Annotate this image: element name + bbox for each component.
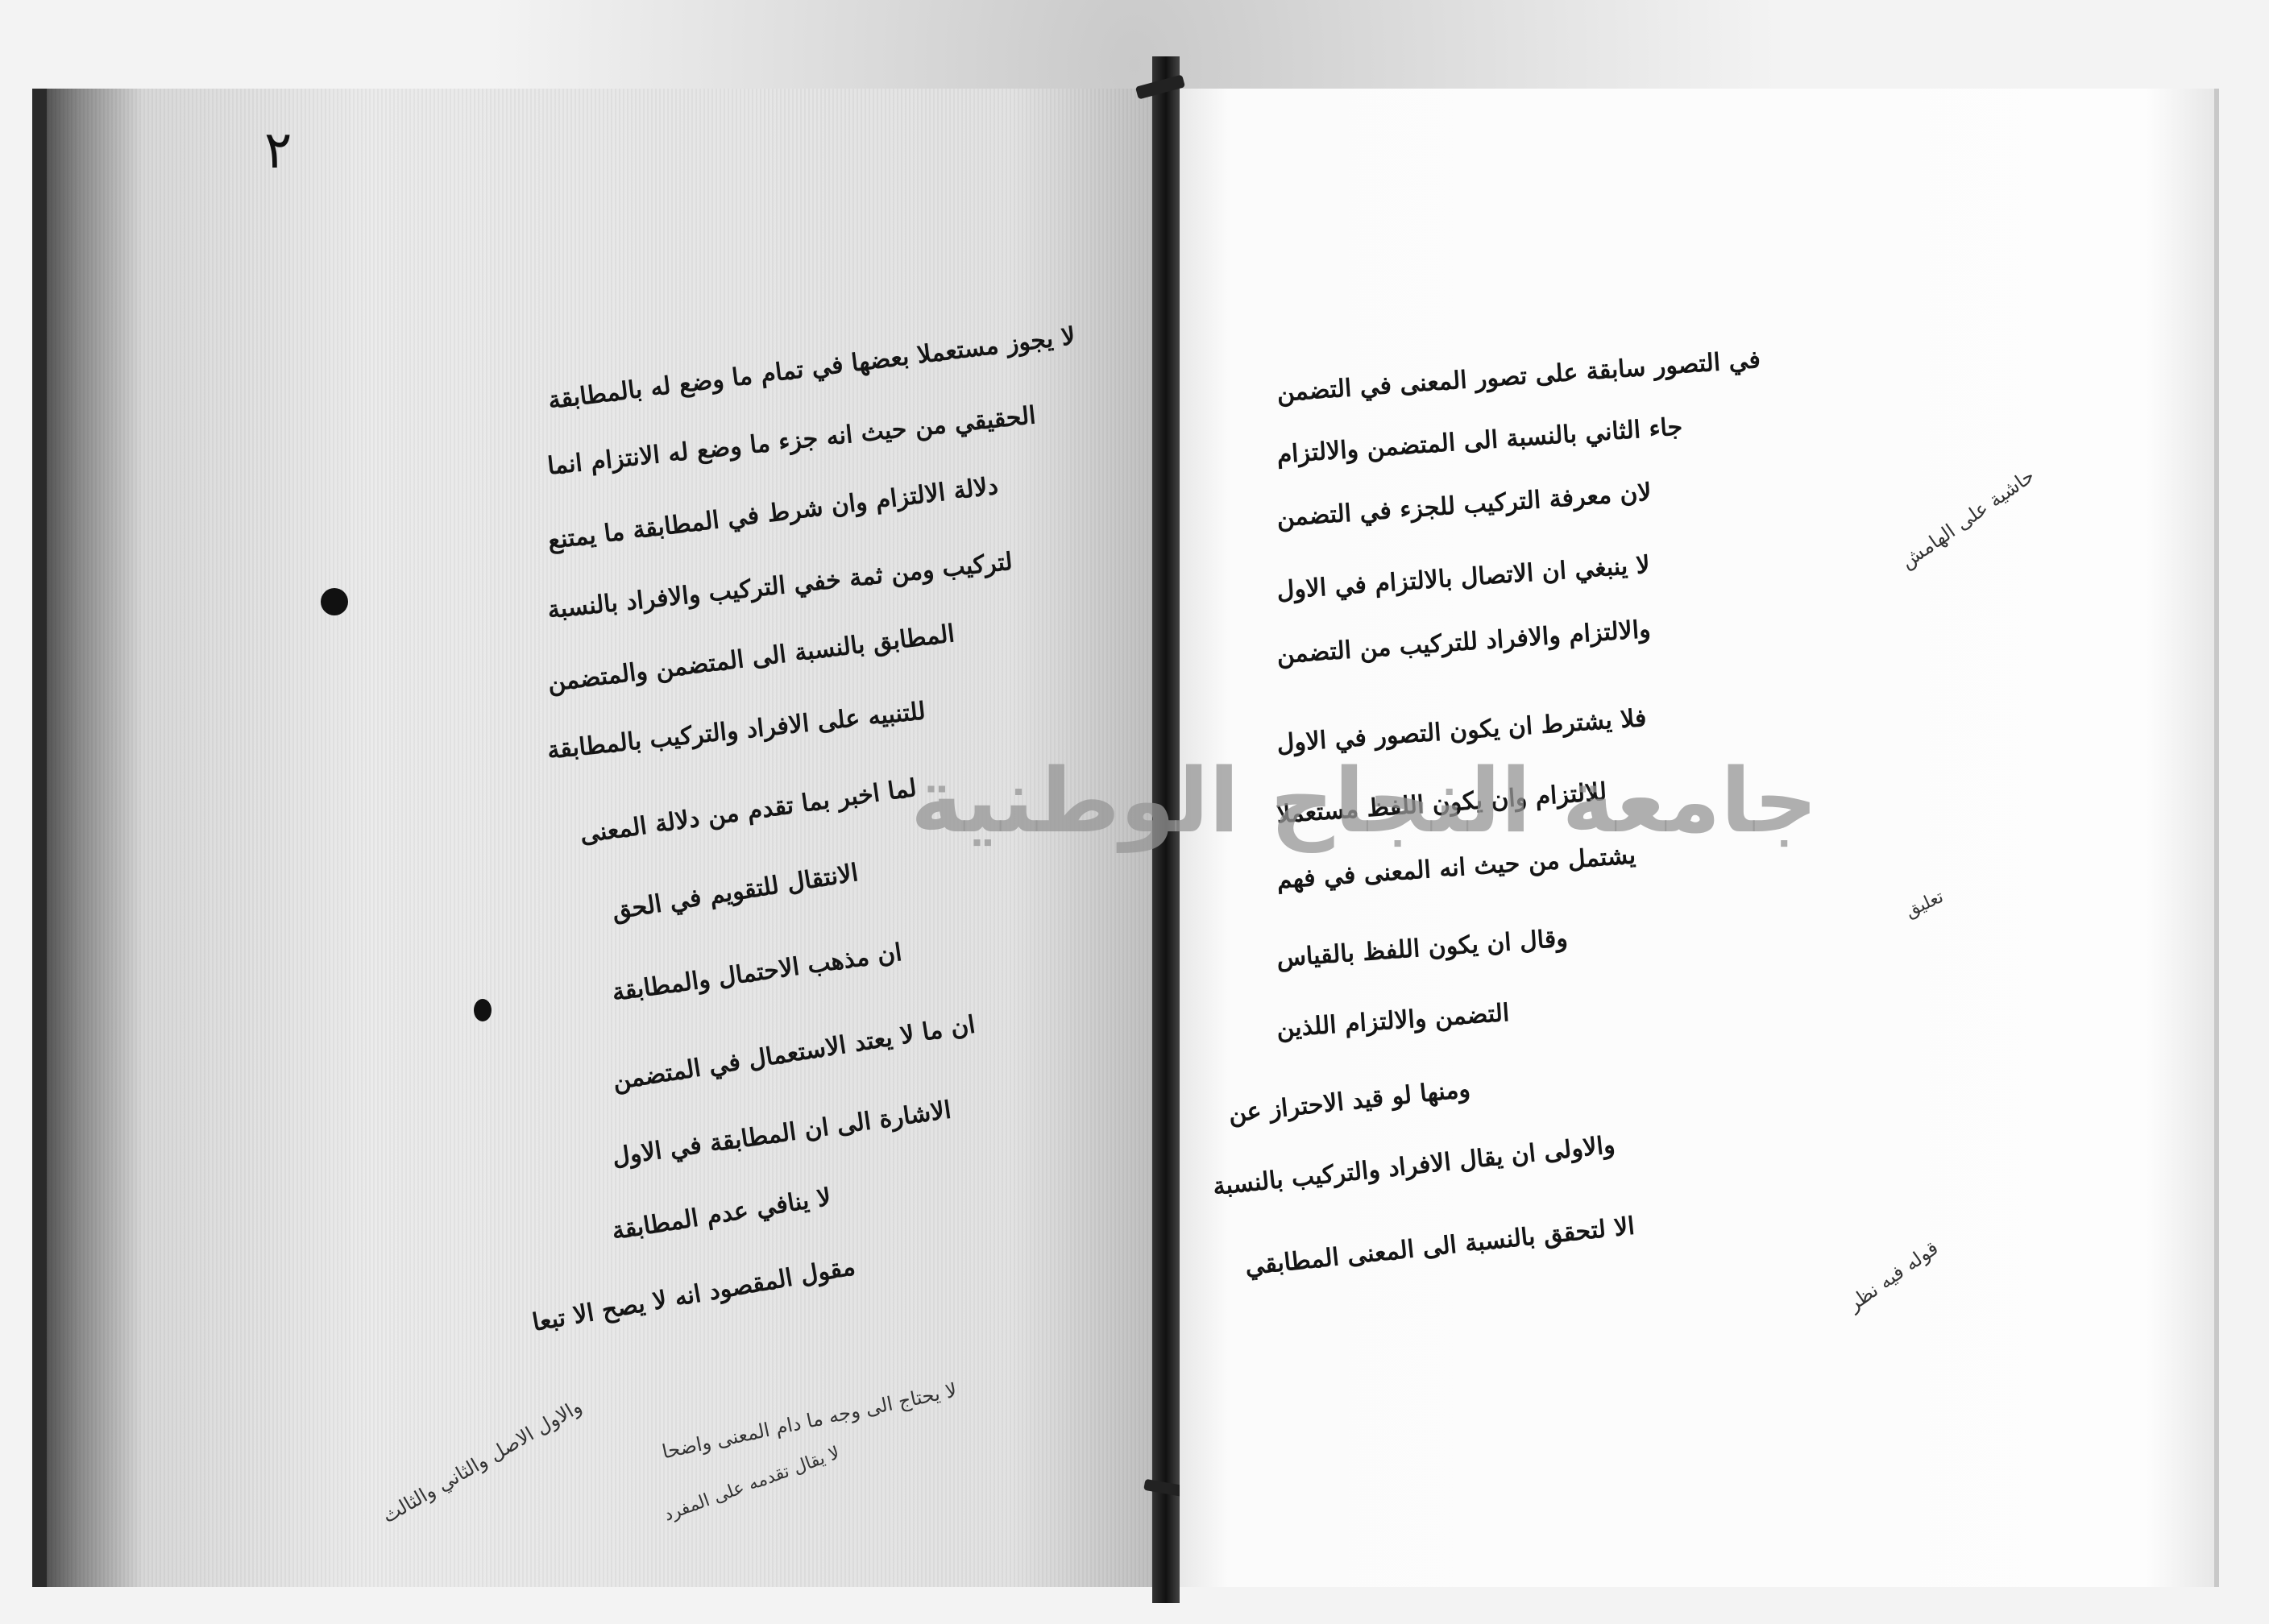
text-line: لا ينافي عدم المطابقة	[610, 1183, 833, 1246]
text-line: الا لتحقق بالنسبة الى المعنى المطابقي	[1244, 1212, 1636, 1282]
text-line: لما اخبر بما تقدم من دلالة المعنى	[579, 774, 919, 849]
text-line: لا يجوز مستعملا بعضها في تمام ما وضع له …	[546, 322, 1076, 415]
text-line: مقول المقصود انه لا يصح الا تبعا	[530, 1253, 857, 1337]
text-line: لتركيب ومن ثمة خفي التركيب والافراد بالن…	[546, 548, 1014, 624]
text-line: والالتزام والافراد للتركيب من التضمن	[1276, 615, 1651, 669]
note-line: لا يحتاج الى وجه ما دام المعنى واضحا	[660, 1379, 959, 1464]
text-line: التضمن والالتزام اللذين	[1276, 999, 1510, 1043]
text-line: للتنبيه على الافراد والتركيب بالمطابقة	[545, 697, 927, 764]
text-line: ان مذهب الاحتمال والمطابقة	[610, 938, 903, 1007]
ink-blot	[321, 588, 348, 615]
text-line: الانتقال للتقويم في الحق	[610, 859, 860, 926]
text-line: لا ينبغي ان الاتصال بالالتزام في الاول	[1276, 551, 1650, 605]
text-line: ان ما لا يعتد الاستعمال في المتضمن	[611, 1011, 977, 1096]
folio-number: ٢	[264, 121, 292, 180]
text-line: ومنها لو قيد الاحتراز عن	[1227, 1075, 1471, 1128]
ink-blot	[474, 999, 492, 1021]
text-line: الاشارة الى ان المطابقة في الاول	[611, 1096, 953, 1172]
watermark: جامعة النجاح الوطنية	[911, 749, 1818, 852]
text-line: الحقيقي من حيث انه جزء ما وضع له الانتزا…	[546, 401, 1037, 480]
text-line: دلالة الالتزام وان شرط في المطابقة ما يم…	[546, 472, 1000, 555]
gloss-line: حاشية على الهامش	[1897, 464, 2039, 573]
gloss-line: تعليق	[1902, 887, 1947, 922]
text-line: جاء الثاني بالنسبة الى المتضمن والالتزام	[1276, 412, 1683, 469]
text-line: وقال ان يكون اللفظ بالقياس	[1276, 924, 1569, 972]
text-line: في التصور سابقة على تصور المعنى في التضم…	[1276, 346, 1761, 408]
note-line: والاول الاصل والثاني والثالث	[379, 1395, 586, 1528]
text-line: والاولى ان يقال الافراد والتركيب بالنسبة	[1212, 1131, 1617, 1201]
gloss-line: قوله فيه نظر	[1844, 1237, 1943, 1315]
text-line: لان معرفة التركيب للجزء في التضمن	[1276, 478, 1652, 532]
text-line: المطابق بالنسبة الى المتضمن والمتضمن	[546, 619, 956, 698]
